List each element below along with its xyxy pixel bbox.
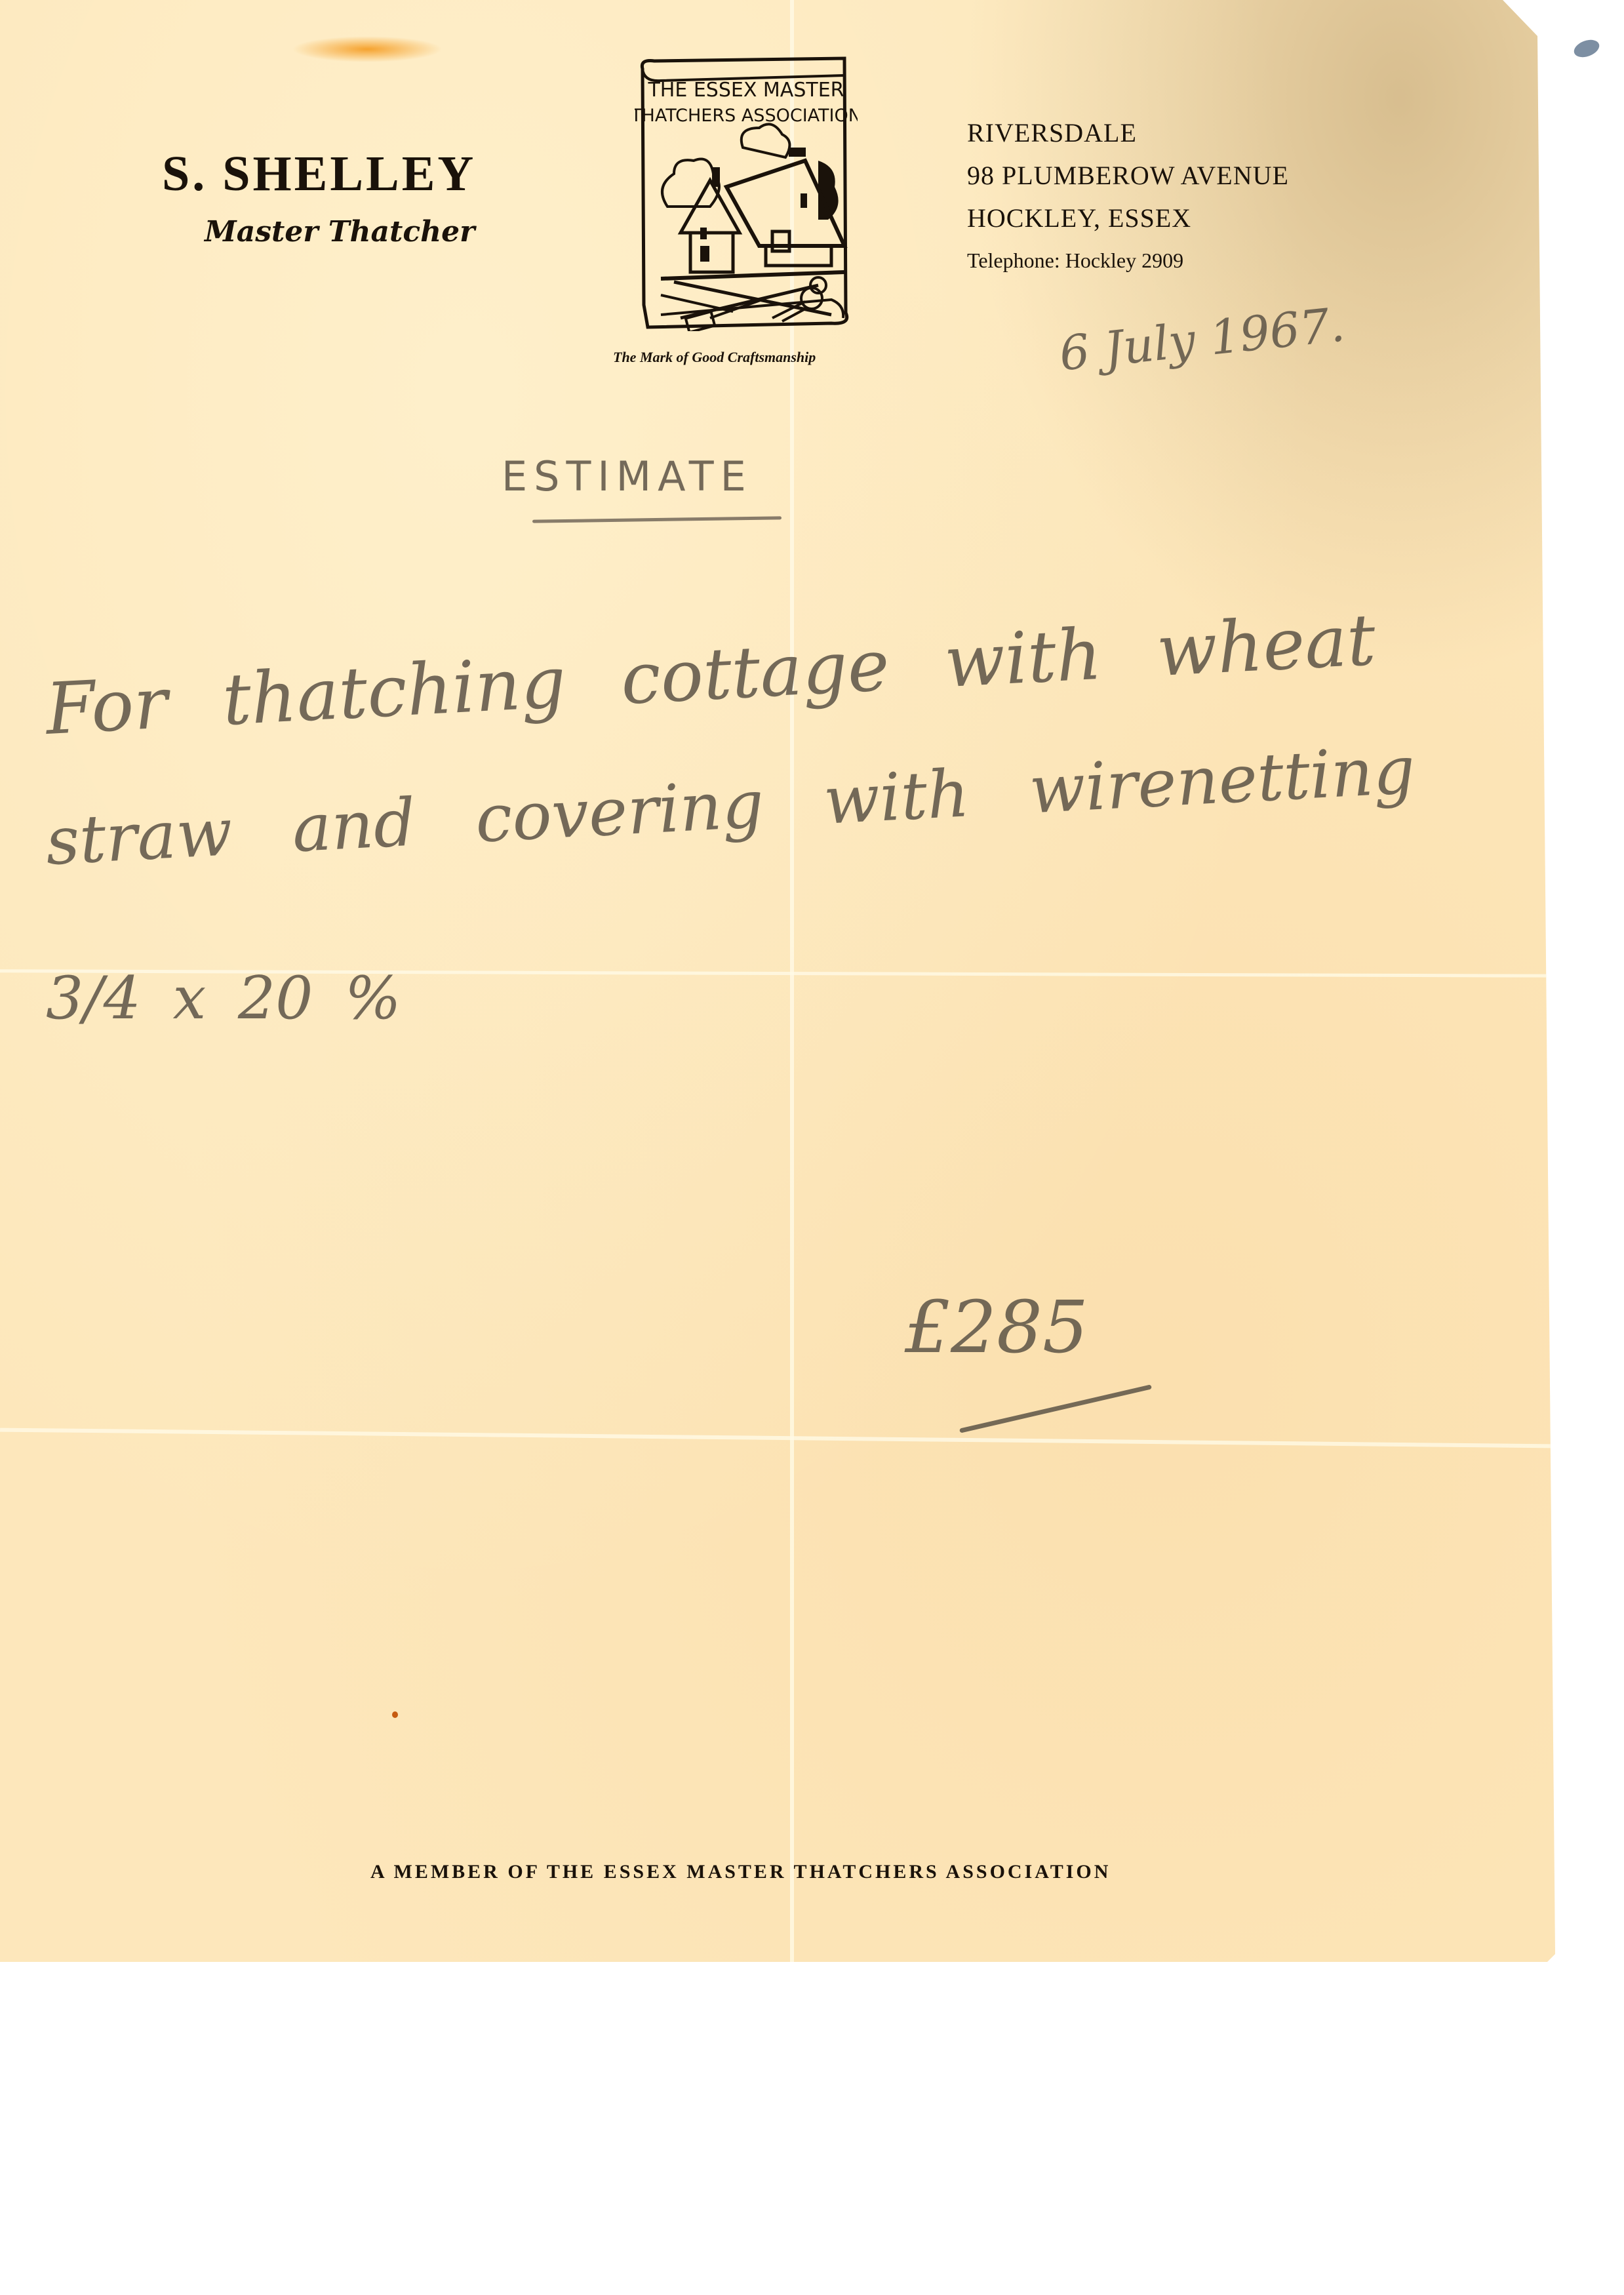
svg-text:THE ESSEX MASTER: THE ESSEX MASTER bbox=[647, 79, 844, 102]
svg-text:THATCHERS ASSOCIATION: THATCHERS ASSOCIATION bbox=[635, 106, 858, 126]
address-line-1: RIVERSDALE bbox=[967, 111, 1289, 154]
heading-underline bbox=[532, 516, 782, 523]
business-name: S. SHELLEY bbox=[162, 146, 476, 203]
association-footer: A MEMBER OF THE ESSEX MASTER THATCHERS A… bbox=[370, 1861, 1111, 1883]
estimate-text-line-3: 3/4 x 20 % bbox=[46, 964, 401, 1033]
estimate-text-line-1: For thatching cottage with wheat bbox=[44, 599, 1377, 751]
handwritten-date: 6 July 1967. bbox=[1057, 296, 1347, 381]
association-logo: THE ESSEX MASTER THATCHERS ASSOCIATION bbox=[635, 56, 858, 331]
thatched-cottage-and-tools-icon: THE ESSEX MASTER THATCHERS ASSOCIATION bbox=[635, 56, 858, 331]
letter-paper: S. SHELLEY Master Thatcher THE ESSEX MAS… bbox=[0, 0, 1555, 1962]
estimate-amount: £285 bbox=[905, 1285, 1088, 1369]
ink-blot bbox=[1572, 37, 1602, 60]
telephone: Telephone: Hockley 2909 bbox=[967, 249, 1289, 273]
rust-speck bbox=[392, 1711, 398, 1718]
estimate-text-line-2: straw and covering with wirenetting bbox=[44, 732, 1417, 880]
horizontal-fold-crease-lower bbox=[0, 1428, 1555, 1448]
orange-stain bbox=[292, 36, 443, 62]
address-line-3: HOCKLEY, ESSEX bbox=[967, 197, 1289, 239]
estimate-heading: ESTIMATE bbox=[502, 452, 753, 500]
business-title: Master Thatcher bbox=[205, 215, 475, 249]
logo-caption: The Mark of Good Craftsmanship bbox=[613, 349, 816, 366]
address-block: RIVERSDALE 98 PLUMBEROW AVENUE HOCKLEY, … bbox=[967, 111, 1289, 273]
amount-underline bbox=[959, 1384, 1152, 1433]
address-line-2: 98 PLUMBEROW AVENUE bbox=[967, 154, 1289, 197]
